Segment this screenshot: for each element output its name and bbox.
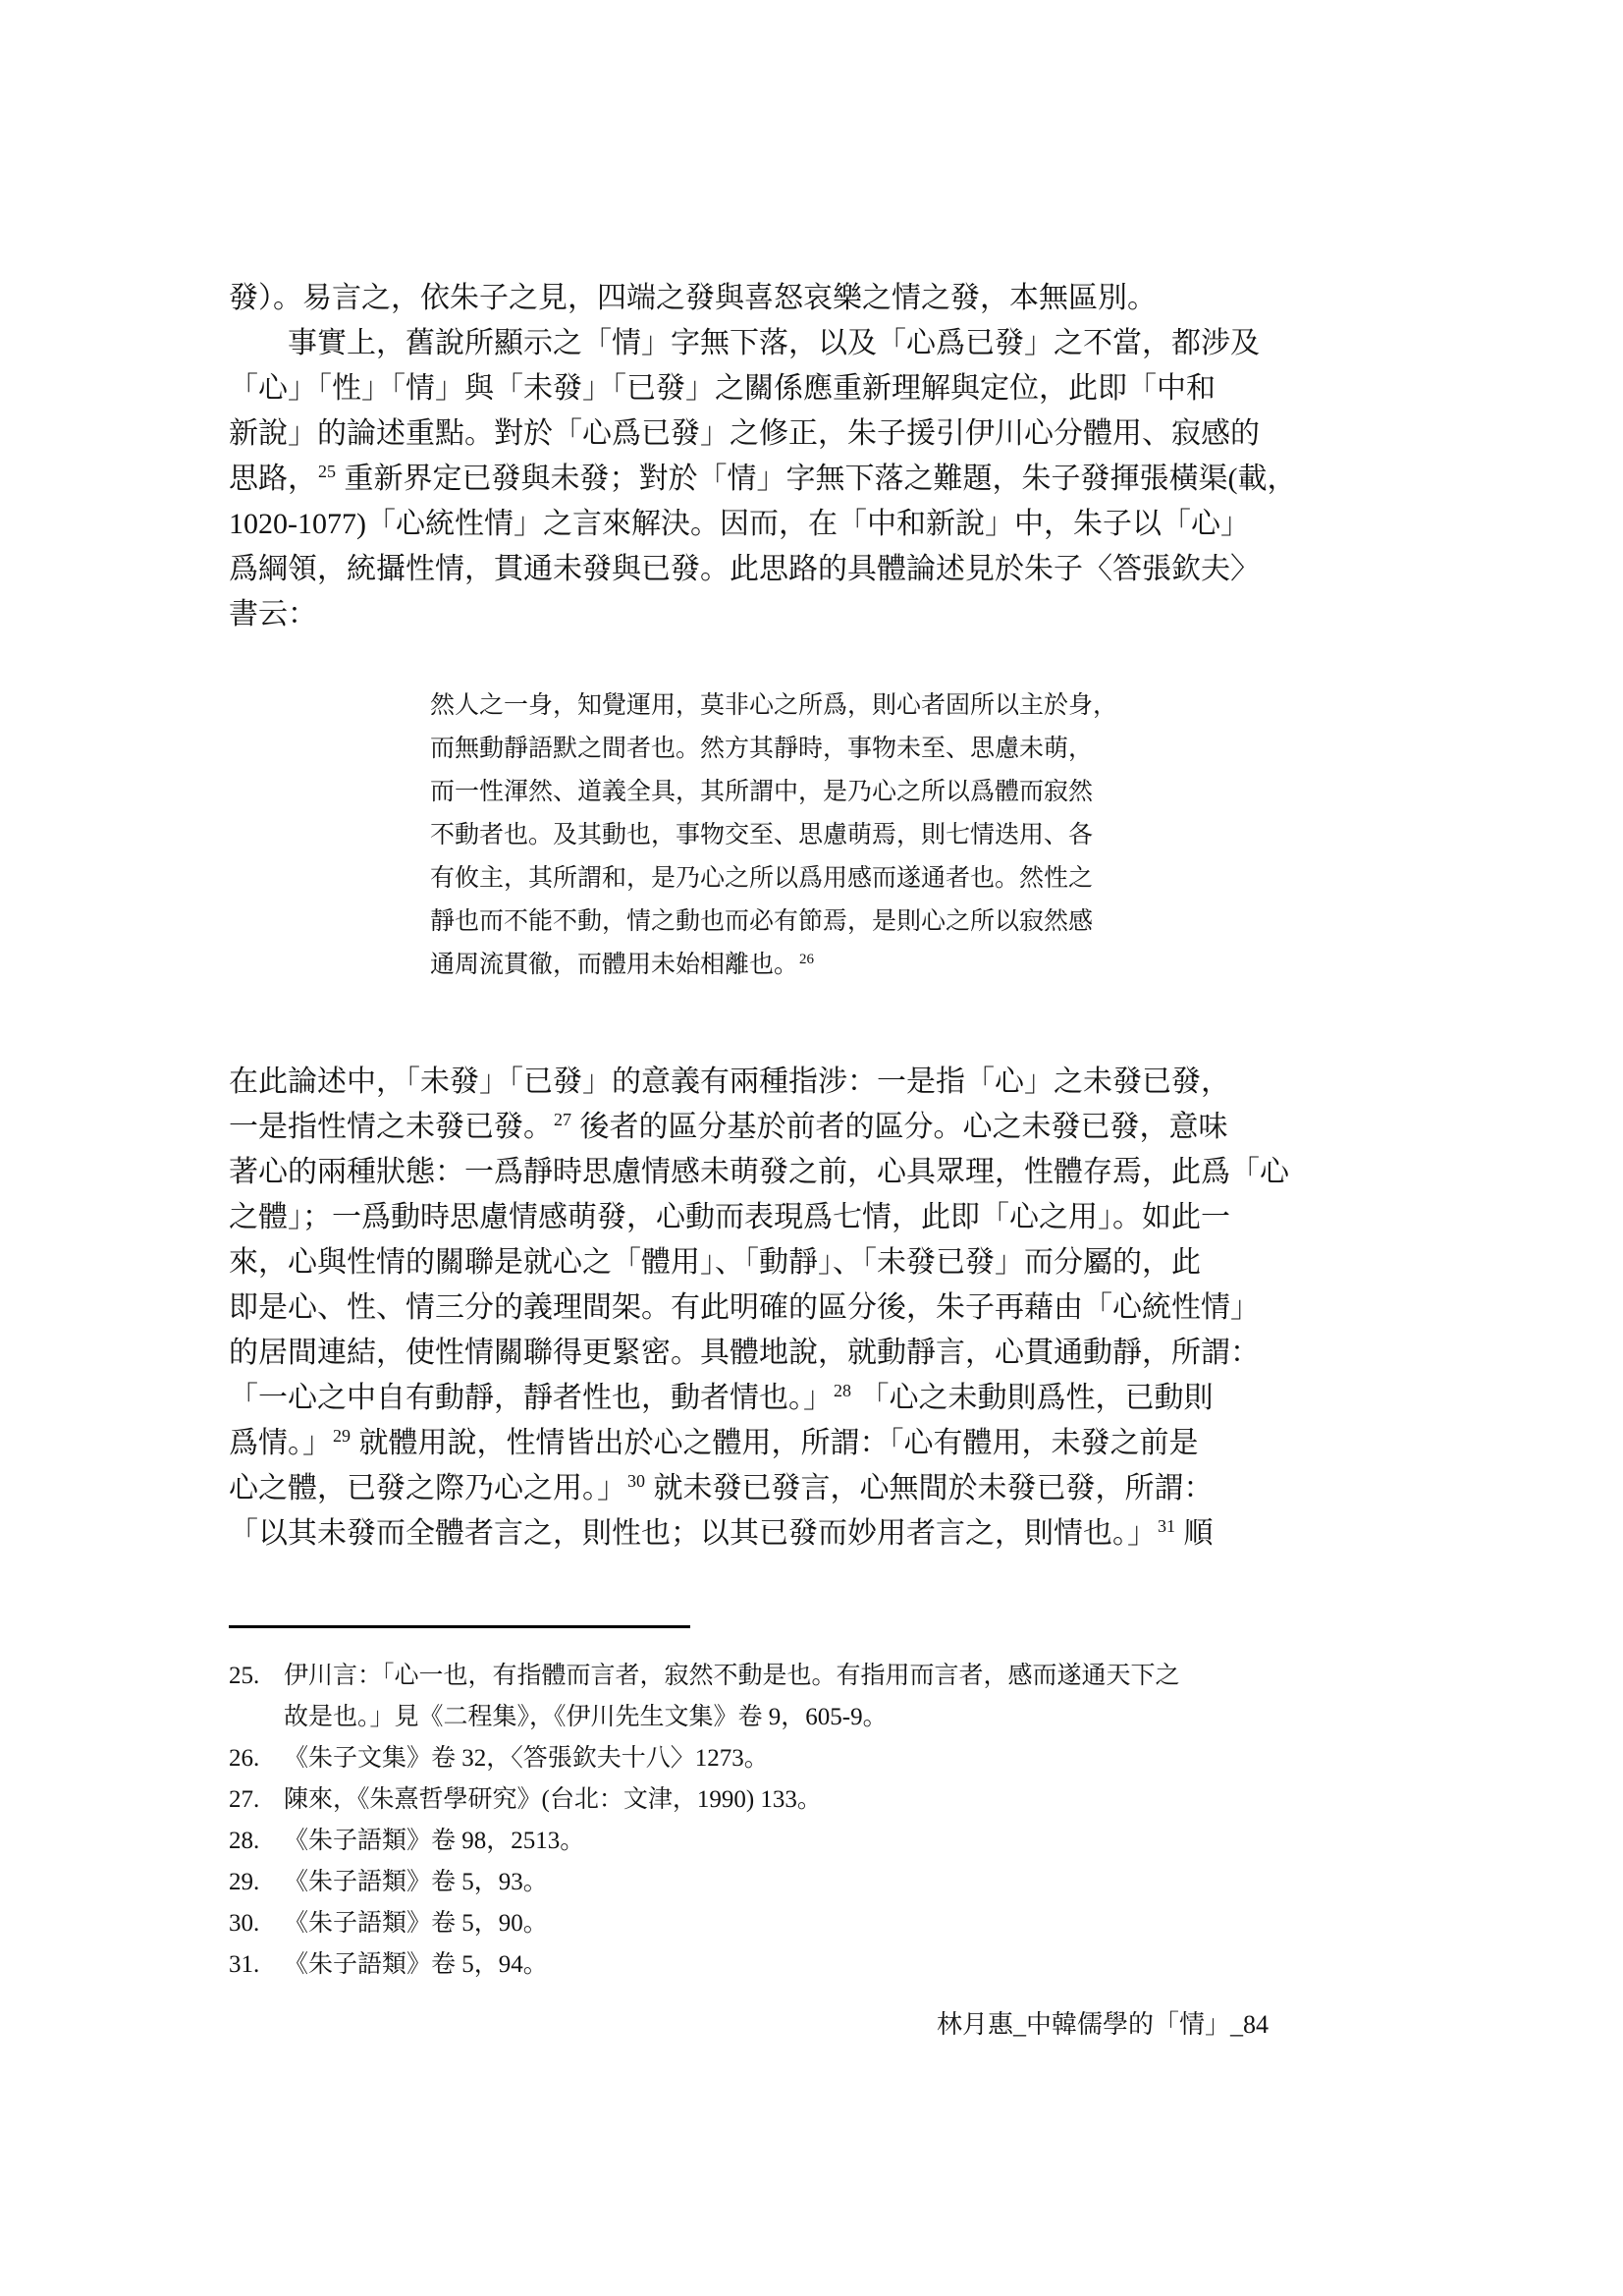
text-line: 而無動靜語默之間者也。然方其靜時，事物未至、思慮未萌， [430,728,1176,771]
text-line: 不動者也。及其動也，事物交至、思慮萌焉，則七情迭用、各 [430,814,1176,857]
footnote-item: 27.陳來，《朱熹哲學研究》(台北：文津，1990) 133。 [229,1779,1216,1821]
document-page: 發）。易言之，依朱子之見，四端之發與喜怒哀樂之情之發，本無區別。事實上，舊說所顯… [0,0,1623,2296]
footnote-ref: 31 [1157,1516,1176,1536]
text-line: 著心的兩種狀態：一爲靜時思慮情感未萌發之前，心具眾理，性體存焉，此爲「心 [229,1150,1216,1195]
footnote-item: 31.《朱子語類》卷 5，94。 [229,1944,1216,1986]
footnotes-list: 25.伊川言：「心一也，有指體而言者，寂然不動是也。有指用而言者，感而遂通天下之… [229,1656,1216,1986]
footer-text: 林月惠_中韓儒學的「情」_84 [937,2010,1269,2039]
page-content: 發）。易言之，依朱子之見，四端之發與喜怒哀樂之情之發，本無區別。事實上，舊說所顯… [229,276,1216,1986]
text-line: 通周流貫徹，而體用未始相離也。26 [430,944,1176,987]
footnote-item: 26.《朱子文集》卷 32，〈答張欽夫十八〉1273。 [229,1738,1216,1779]
text-line: 陳來，《朱熹哲學研究》(台北：文津，1990) 133。 [284,1779,1216,1821]
footnote-ref: 28 [833,1381,852,1400]
footnote-text: 《朱子語類》卷 5，93。 [284,1862,1216,1903]
text-line: 爲情。」29 就體用說，性情皆出於心之體用，所謂：「心有體用，未發之前是 [229,1421,1216,1466]
footnote-text: 陳來，《朱熹哲學研究》(台北：文津，1990) 133。 [284,1779,1216,1821]
footnote-ref: 27 [553,1110,572,1129]
text-line: 然人之一身，知覺運用，莫非心之所爲，則心者固所以主於身， [430,684,1176,728]
footnote-item: 29.《朱子語類》卷 5，93。 [229,1862,1216,1903]
page-footer: 林月惠_中韓儒學的「情」_84 [937,2008,1269,2042]
text-line: 《朱子語類》卷 5，93。 [284,1862,1216,1903]
text-line: 有攸主，其所謂和，是乃心之所以爲用感而遂通者也。然性之 [430,857,1176,901]
text-line: 爲綱領，統攝性情，貫通未發與已發。此思路的具體論述見於朱子〈答張欽夫〉 [229,547,1216,592]
paragraph-block-2: 在此論述中，「未發」「已發」的意義有兩種指涉：一是指「心」之未發已發，一是指性情… [229,1060,1216,1557]
footnote-number: 26. [229,1738,284,1779]
block-quote: 然人之一身，知覺運用，莫非心之所爲，則心者固所以主於身，而無動靜語默之間者也。然… [430,684,1176,987]
text-line: 在此論述中，「未發」「已發」的意義有兩種指涉：一是指「心」之未發已發， [229,1060,1216,1105]
text-line: 心之體，已發之際乃心之用。」30 就未發已發言，心無間於未發已發，所謂： [229,1466,1216,1511]
text-line: 《朱子語類》卷 5，94。 [284,1944,1216,1986]
text-line: 的居間連結，使性情關聯得更緊密。具體地說，就動靜言，心貫通動靜，所謂： [229,1331,1216,1376]
text-line: 故是也。」見《二程集》，《伊川先生文集》卷 9，605-9。 [284,1697,1216,1738]
text-line: 之體」；一爲動時思慮情感萌發，心動而表現爲七情，此即「心之用」。如此一 [229,1195,1216,1240]
footnote-number: 30. [229,1903,284,1944]
footnote-item: 25.伊川言：「心一也，有指體而言者，寂然不動是也。有指用而言者，感而遂通天下之… [229,1656,1216,1738]
text-line: 一是指性情之未發已發。27 後者的區分基於前者的區分。心之未發已發，意味 [229,1105,1216,1150]
text-line: 思路，25 重新界定已發與未發；對於「情」字無下落之難題，朱子發揮張橫渠(載， [229,457,1216,502]
text-line: 《朱子文集》卷 32，〈答張欽夫十八〉1273。 [284,1738,1216,1779]
text-line: 「以其未發而全體者言之，則性也；以其已發而妙用者言之，則情也。」31 順 [229,1511,1216,1557]
text-line: 發）。易言之，依朱子之見，四端之發與喜怒哀樂之情之發，本無區別。 [229,276,1216,321]
footnote-item: 28.《朱子語類》卷 98，2513。 [229,1821,1216,1862]
footnote-text: 伊川言：「心一也，有指體而言者，寂然不動是也。有指用而言者，感而遂通天下之故是也… [284,1656,1216,1738]
footnote-ref: 30 [626,1471,646,1491]
footnote-number: 29. [229,1862,284,1903]
text-line: 新說」的論述重點。對於「心爲已發」之修正，朱子援引伊川心分體用、寂感的 [229,411,1216,457]
text-line: 靜也而不能不動，情之動也而必有節焉，是則心之所以寂然感 [430,901,1176,944]
footnote-ref: 25 [317,462,337,481]
footnote-ref: 26 [798,952,815,967]
footnote-number: 28. [229,1821,284,1862]
text-line: 伊川言：「心一也，有指體而言者，寂然不動是也。有指用而言者，感而遂通天下之 [284,1656,1216,1697]
text-line: 書云： [229,592,1216,637]
paragraph-block-1: 發）。易言之，依朱子之見，四端之發與喜怒哀樂之情之發，本無區別。事實上，舊說所顯… [229,276,1216,637]
footnote-separator [229,1625,690,1628]
text-line: 來，心與性情的關聯是就心之「體用」、「動靜」、「未發已發」而分屬的，此 [229,1240,1216,1285]
footnote-text: 《朱子語類》卷 5，90。 [284,1903,1216,1944]
text-line: 「心」「性」「情」與「未發」「已發」之關係應重新理解與定位，此即「中和 [229,366,1216,411]
text-line: 而一性渾然、道義全具，其所謂中，是乃心之所以爲體而寂然 [430,771,1176,814]
footnote-number: 25. [229,1656,284,1697]
text-line: 《朱子語類》卷 98，2513。 [284,1821,1216,1862]
text-line: 「一心之中自有動靜，靜者性也，動者情也。」28 「心之未動則爲性，已動則 [229,1376,1216,1421]
text-line: 即是心、性、情三分的義理間架。有此明確的區分後，朱子再藉由「心統性情」 [229,1285,1216,1331]
text-line: 《朱子語類》卷 5，90。 [284,1903,1216,1944]
footnote-text: 《朱子語類》卷 5，94。 [284,1944,1216,1986]
text-line: 1020-1077)「心統性情」之言來解決。因而，在「中和新說」中，朱子以「心」 [229,502,1216,547]
footnote-text: 《朱子文集》卷 32，〈答張欽夫十八〉1273。 [284,1738,1216,1779]
footnote-ref: 29 [332,1426,352,1446]
text-line: 事實上，舊說所顯示之「情」字無下落，以及「心爲已發」之不當，都涉及 [229,321,1216,366]
footnote-item: 30.《朱子語類》卷 5，90。 [229,1903,1216,1944]
footnote-text: 《朱子語類》卷 98，2513。 [284,1821,1216,1862]
footnote-number: 27. [229,1779,284,1821]
footnote-number: 31. [229,1944,284,1986]
